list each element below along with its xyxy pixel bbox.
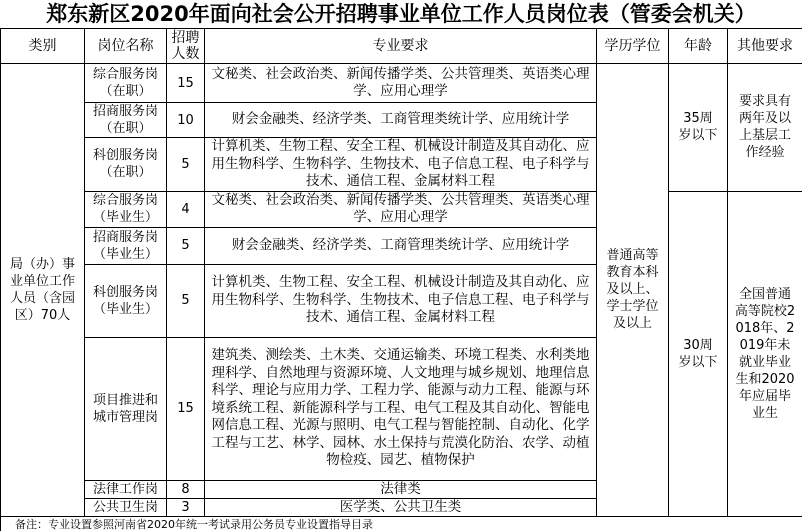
count-cell: 3 xyxy=(167,498,205,516)
count-cell: 15 xyxy=(167,337,205,480)
position-cell: 项目推进和城市管理岗 xyxy=(85,337,167,480)
header-age: 年龄 xyxy=(669,29,728,64)
position-cell: 科创服务岗（毕业生） xyxy=(85,264,167,337)
major-cell: 计算机类、生物工程、安全工程、机械设计制造及其自动化、应用生物科学、生物科学、生… xyxy=(205,138,597,192)
count-cell: 8 xyxy=(167,480,205,498)
major-cell: 医学类、公共卫生类 xyxy=(205,498,597,516)
table-row: 综合服务岗（毕业生） 4 文秘类、社会政治类、新闻传播学类、公共管理类、英语类心… xyxy=(1,191,802,227)
position-cell: 综合服务岗（在职） xyxy=(85,64,167,103)
count-cell: 5 xyxy=(167,138,205,192)
major-cell: 文秘类、社会政治类、新闻传播学类、公共管理类、英语类心理学、应用心理学 xyxy=(205,64,597,103)
category-cell: 局（办）事业单位工作人员（含园区）70人 xyxy=(1,64,85,517)
position-cell: 科创服务岗（在职） xyxy=(85,138,167,192)
positions-table: 类别 岗位名称 招聘人数 专业要求 学历学位 年龄 其他要求 局（办）事业单位工… xyxy=(0,28,802,531)
header-position: 岗位名称 xyxy=(85,29,167,64)
footnote: 备注：专业设置参照河南省2020年统一考试录用公务员专业设置指导目录 xyxy=(1,516,802,531)
count-cell: 4 xyxy=(167,191,205,227)
count-cell: 5 xyxy=(167,264,205,337)
header-category: 类别 xyxy=(1,29,85,64)
page-title: 郑东新区2020年面向社会公开招聘事业单位工作人员岗位表（管委会机关） xyxy=(0,0,802,28)
other-requirement-cell: 全国普通高等院校2018年、2019年未就业毕业生和2020年应届毕业生 xyxy=(728,191,802,516)
header-row: 类别 岗位名称 招聘人数 专业要求 学历学位 年龄 其他要求 xyxy=(1,29,802,64)
major-cell: 财会金融类、经济学类、工商管理类统计学、应用统计学 xyxy=(205,227,597,264)
position-cell: 综合服务岗（毕业生） xyxy=(85,191,167,227)
major-cell: 财会金融类、经济学类、工商管理类统计学、应用统计学 xyxy=(205,103,597,138)
major-cell: 建筑类、测绘类、土木类、交通运输类、环境工程类、水利类地理科学、自然地理与资源环… xyxy=(205,337,597,480)
header-count: 招聘人数 xyxy=(167,29,205,64)
position-cell: 公共卫生岗 xyxy=(85,498,167,516)
count-cell: 5 xyxy=(167,227,205,264)
header-other: 其他要求 xyxy=(728,29,802,64)
position-cell: 招商服务岗（毕业生） xyxy=(85,227,167,264)
count-cell: 15 xyxy=(167,64,205,103)
major-cell: 计算机类、生物工程、安全工程、机械设计制造及其自动化、应用生物科学、生物科学、生… xyxy=(205,264,597,337)
major-cell: 法律类 xyxy=(205,480,597,498)
age-cell: 35周岁以下 xyxy=(669,64,728,192)
major-cell: 文秘类、社会政治类、新闻传播学类、公共管理类、英语类心理学、应用心理学 xyxy=(205,191,597,227)
position-cell: 法律工作岗 xyxy=(85,480,167,498)
age-cell: 30周岁以下 xyxy=(669,191,728,516)
footnote-row: 备注：专业设置参照河南省2020年统一考试录用公务员专业设置指导目录 xyxy=(1,516,802,531)
table-row: 局（办）事业单位工作人员（含园区）70人 综合服务岗（在职） 15 文秘类、社会… xyxy=(1,64,802,103)
other-requirement-cell: 要求具有两年及以上基层工作经验 xyxy=(728,64,802,192)
position-cell: 招商服务岗（在职） xyxy=(85,103,167,138)
header-education: 学历学位 xyxy=(597,29,669,64)
count-cell: 10 xyxy=(167,103,205,138)
education-cell: 普通高等教育本科及以上、学士学位及以上 xyxy=(597,64,669,517)
header-major: 专业要求 xyxy=(205,29,597,64)
